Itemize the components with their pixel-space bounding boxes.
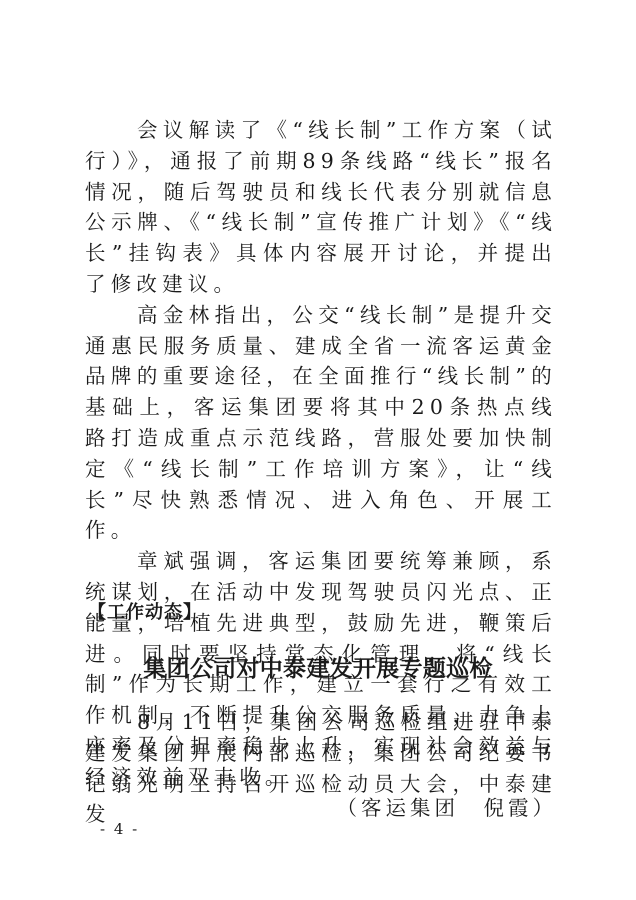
article-body-part2: 8月11日，集团公司巡检组进驻中泰建发集团开展内部巡检，集团公司纪委书记翁光明主… <box>85 707 557 830</box>
paragraph-meeting-interpretation: 会议解读了《“线长制”工作方案（试行）》，通报了前期89条线路“线长”报名情况，… <box>85 115 557 300</box>
page-number: - 4 - <box>100 820 139 838</box>
paragraph-gao-jinlin-remarks: 高金林指出，公交“线长制”是提升交通惠民服务质量、建成全省一流客运黄金品牌的重要… <box>85 300 557 546</box>
paragraph-inspection-start: 8月11日，集团公司巡检组进驻中泰建发集团开展内部巡检，集团公司纪委书记翁光明主… <box>85 707 557 830</box>
section-tag: 【工作动态】 <box>88 598 202 624</box>
article-headline: 集团公司对中泰建发开展专题巡检 <box>0 650 636 683</box>
document-page: 会议解读了《“线长制”工作方案（试行）》，通报了前期89条线路“线长”报名情况，… <box>0 0 636 900</box>
